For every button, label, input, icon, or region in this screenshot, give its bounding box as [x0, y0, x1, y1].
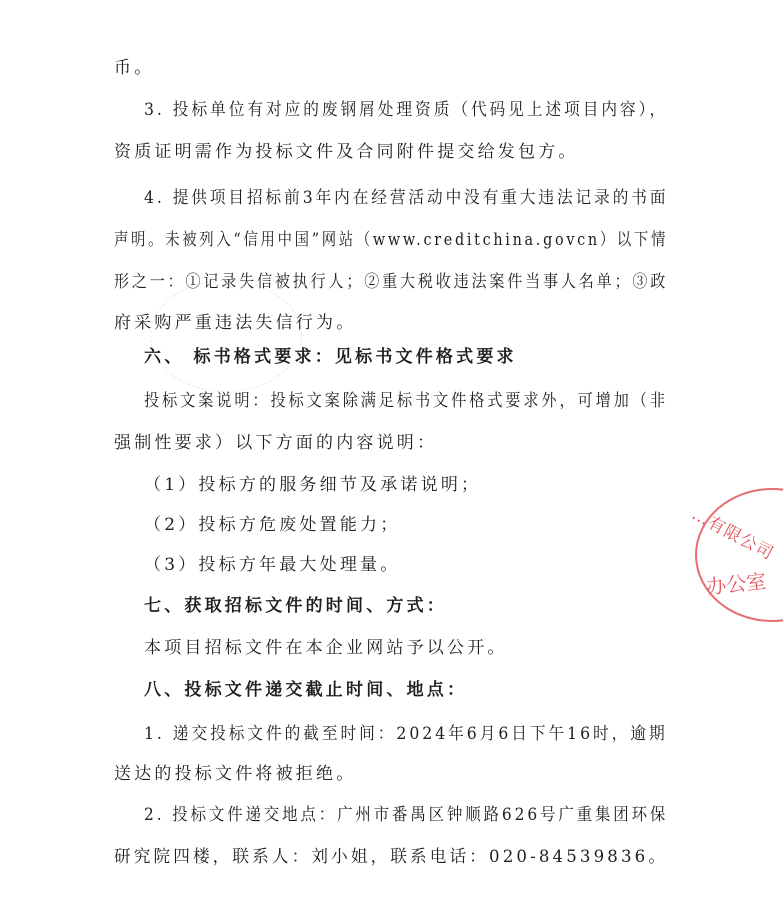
paragraph-line: 府采购严重违法失信行为。 — [114, 313, 356, 333]
paragraph-line: 2. 投标文件递交地点：广州市番禺区钟顺路626号广重集团环保 — [144, 805, 668, 825]
paragraph-line: 送达的投标文件将被拒绝。 — [114, 764, 356, 784]
document-page: 币。3. 投标单位有对应的废钢屑处理资质（代码见上述项目内容），资质证明需作为投… — [0, 0, 783, 908]
paragraph-line: 本项目招标文件在本企业网站予以公开。 — [144, 638, 508, 658]
paragraph-line: （2）投标方危废处置能力； — [144, 515, 400, 535]
paragraph-line: 研究院四楼，联系人：刘小姐，联系电话：020-84539836。 — [114, 847, 668, 867]
paragraph-line: 3. 投标单位有对应的废钢屑处理资质（代码见上述项目内容）， — [144, 100, 668, 120]
paragraph-line: 强制性要求）以下方面的内容说明： — [114, 433, 437, 453]
paragraph-line: 币。 — [114, 58, 154, 78]
section-heading: 八、投标文件递交截止时间、地点： — [144, 680, 467, 700]
paragraph-line: 声明。未被列入“信用中国”网站（www.creditchina.govcn）以下… — [114, 230, 668, 250]
paragraph-line: 4. 提供项目招标前3年内在经营活动中没有重大违法记录的书面 — [144, 188, 668, 208]
paragraph-line: 资质证明需作为投标文件及合同附件提交给发包方。 — [114, 142, 579, 162]
paragraph-line: 1. 递交投标文件的截至时间：2024年6月6日下午16时，逾期 — [144, 724, 668, 744]
paragraph-line: （3）投标方年最大处理量。 — [144, 555, 400, 575]
faint-seal-mark — [150, 280, 302, 392]
section-heading: 六、 标书格式要求：见标书文件格式要求 — [144, 347, 517, 367]
paragraph-line: 投标文案说明：投标文案除满足标书文件格式要求外，可增加（非 — [144, 391, 668, 411]
paragraph-line: 形之一：①记录失信被执行人；②重大税收违法案件当事人名单；③政 — [114, 272, 668, 292]
section-heading: 七、获取招标文件的时间、方式： — [144, 596, 447, 616]
paragraph-line: （1）投标方的服务细节及承诺说明； — [144, 475, 481, 495]
